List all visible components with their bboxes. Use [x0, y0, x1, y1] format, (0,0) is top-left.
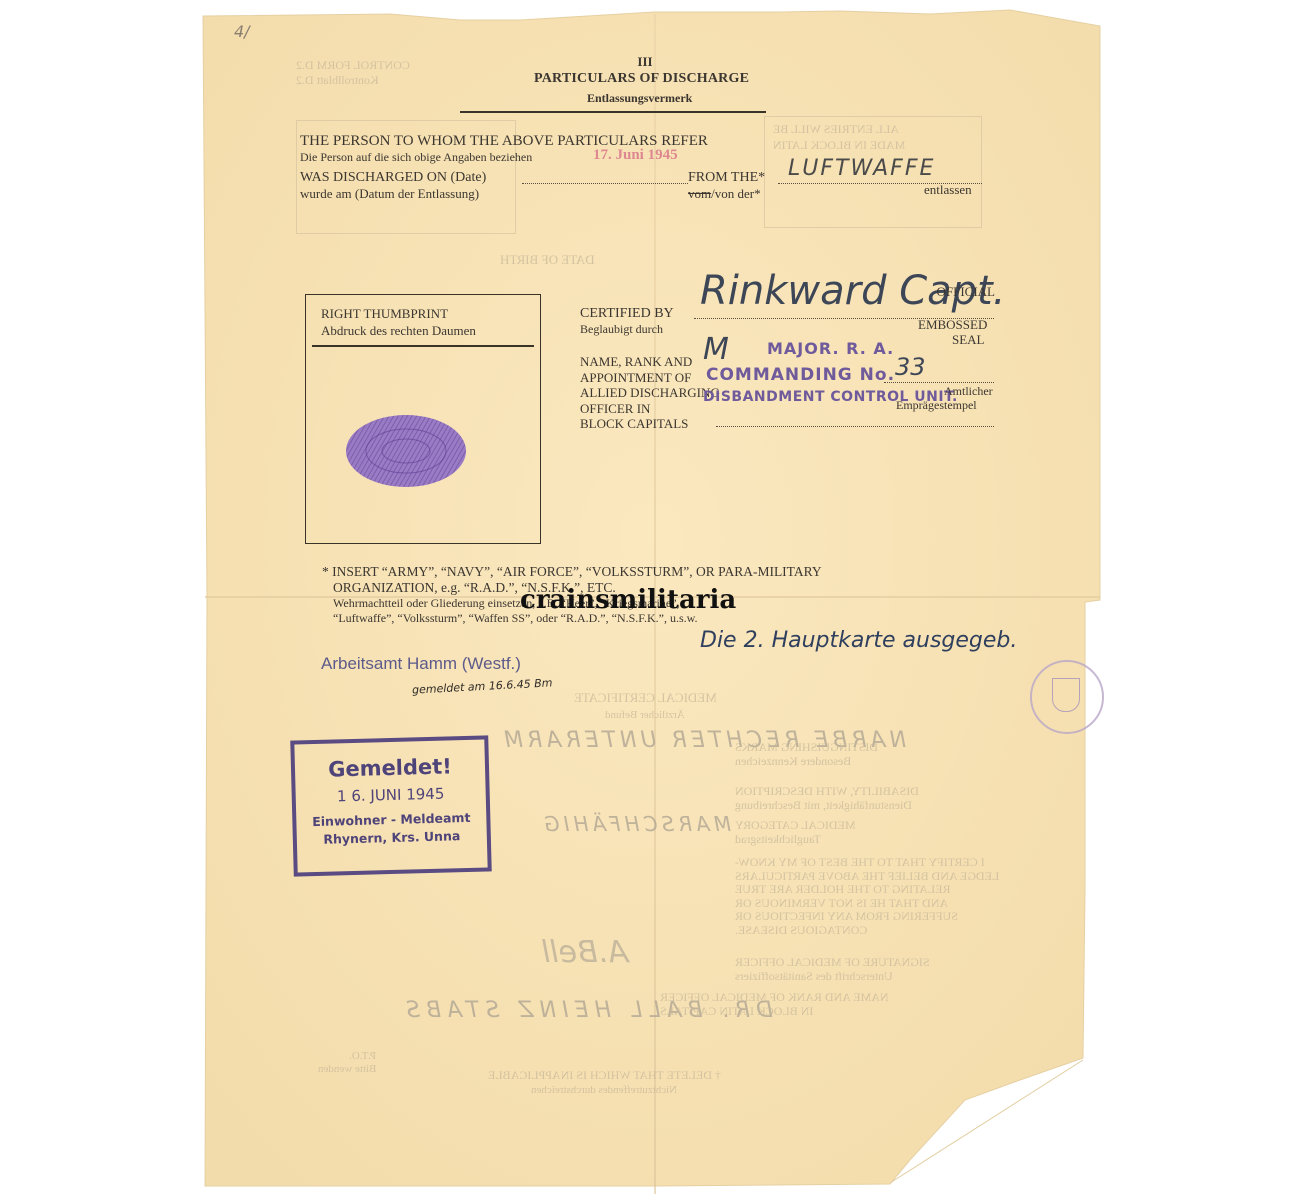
official-seal-1: OFFICIAL	[923, 284, 995, 300]
ghost-text: MEDICAL CERTIFICATE	[574, 690, 717, 706]
ghost-text: MARSCHFÄHIG	[540, 812, 731, 836]
official-seal-2: EMBOSSED	[918, 317, 987, 333]
ghost-text: Tauglichkeitsgrad	[735, 832, 821, 846]
section-number-text: III	[637, 54, 652, 69]
gemeldet-date: 1 6. JUNI 1945	[296, 784, 486, 807]
ghost-text: SUFFERING FROM ANY INFECTIOUS OR	[735, 910, 958, 924]
page-subtitle: Entlassungsvermerk	[587, 91, 692, 106]
ghost-text: MADE IN BLOCK LATIN	[773, 137, 905, 153]
official-seal-de-2: Emprägestempel	[896, 398, 977, 413]
ghost-text: ALL ENTRIES WILL BE	[773, 121, 899, 137]
official-seal-de-1: Amtlicher	[944, 384, 993, 399]
ghost-text: AND THAT HE IS NOT VERMINOUS OR	[735, 897, 948, 911]
officer-label: NAME, RANK AND APPOINTMENT OF ALLIED DIS…	[580, 354, 720, 432]
handwritten-note: Die 2. Hauptkarte ausgegeb.	[700, 628, 1017, 653]
ghost-text: Besondere Kennzeichen	[735, 754, 851, 768]
gemeldet-line-2: Rhynern, Krs. Unna	[297, 828, 487, 848]
ghost-category-value: MARSCHFÄHIG	[540, 812, 731, 836]
ghost-text: SIGNATURE OF MEDICAL OFFICER	[735, 955, 930, 969]
from-the-label: FROM THE*	[688, 170, 765, 186]
ghost-text: RELATING TO THE HOLDER ARE TRUE	[735, 883, 950, 897]
ghost-text: † DELETE THAT WHICH IS INAPPLICABLE	[488, 1068, 721, 1082]
ghost-text: Unterschrift des Sanitätsoffiziers	[735, 969, 893, 983]
round-seal	[1030, 660, 1104, 734]
official-seal-3: SEAL	[952, 332, 985, 348]
ghost-pto: P.T.O. Bitte wenden	[318, 1050, 376, 1076]
discharged-on-label: WAS DISCHARGED ON (Date)	[300, 170, 486, 186]
ghost-text: LEDGE AND BELIEF THE ABOVE PARTICULARS	[735, 870, 999, 884]
thumbprint-divider	[312, 345, 534, 347]
ghost-text: Ärztlicher Befund	[605, 709, 685, 721]
section-number: III	[0, 54, 1300, 70]
ghost-text: NAME AND RANK OF MEDICAL OFFICER	[660, 990, 889, 1004]
ghost-text: Bitte wenden	[318, 1063, 376, 1076]
corner-pencil-mark: 4/	[234, 22, 250, 41]
officer-number-field	[884, 382, 994, 383]
from-the-label-de: vom/von der*	[688, 186, 761, 202]
ghost-text: I CERTIFY THAT TO THE BEST OF MY KNOW-	[735, 856, 985, 870]
ghost-category: MEDICAL CATEGORY Tauglichkeitsgrad	[735, 818, 856, 846]
arbeitsamt-stamp: Arbeitsamt Hamm (Westf.)	[321, 654, 521, 674]
thumbprint-icon	[344, 413, 468, 489]
discharged-on-label-de: wurde am (Datum der Entlassung)	[300, 186, 479, 202]
officer-label-line: NAME, RANK AND	[580, 354, 720, 370]
discharge-date-field	[522, 183, 688, 184]
struck-vom: vom	[688, 186, 711, 201]
ghost-text: DATE OF BIRTH	[500, 252, 595, 268]
page-title: PARTICULARS OF DISCHARGE	[534, 71, 749, 87]
officer-stamp-line-1: MAJOR. R. A.	[767, 339, 894, 358]
ghost-delete-note: † DELETE THAT WHICH IS INAPPLICABLE Nich…	[488, 1068, 721, 1097]
von-der: /von der*	[711, 186, 760, 201]
ghost-text: Dienstunfähigkeit, mit Beschreibung	[735, 798, 912, 812]
gemeldet-title: Gemeldet!	[295, 754, 486, 783]
thumbprint-title: RIGHT THUMBPRINT	[321, 306, 448, 322]
gemeldet-stamp: Gemeldet! 1 6. JUNI 1945 Einwohner - Mel…	[290, 735, 491, 876]
footnote-en-1: * INSERT “ARMY”, “NAVY”, “AIR FORCE”, “V…	[322, 564, 822, 580]
thumbprint-title-de: Abdruck des rechten Daumen	[321, 323, 476, 339]
ghost-certify: I CERTIFY THAT TO THE BEST OF MY KNOW- L…	[735, 856, 999, 937]
ghost-medical-signature: A.Bell	[542, 935, 628, 970]
ghost-text: CONTAGIOUS DISEASE.	[735, 924, 867, 938]
ghost-text: A.Bell	[542, 935, 628, 970]
ghost-text: MEDICAL CATEGORY	[735, 818, 856, 832]
entlassen-label: entlassen	[924, 182, 972, 198]
ghost-medical-title: MEDICAL CERTIFICATE Ärztlicher Befund	[555, 690, 735, 722]
title-underline	[460, 111, 766, 113]
officer-label-line: OFFICER IN	[580, 401, 720, 417]
ghost-name-rank: NAME AND RANK OF MEDICAL OFFICER IN BLOC…	[660, 990, 889, 1018]
ghost-text: Kontrollblatt D.2	[296, 73, 379, 88]
ghost-text: P.T.O.	[349, 1050, 376, 1063]
ghost-text: Nichtzutreffendes durchstreichen	[531, 1083, 677, 1097]
person-line-de: Die Person auf die sich obige Angaben be…	[300, 150, 532, 165]
from-the-value: LUFTWAFFE	[788, 156, 935, 181]
seal-shield-icon	[1052, 678, 1080, 712]
certified-by-label: CERTIFIED BY	[580, 306, 674, 322]
ghost-date-of-birth: DATE OF BIRTH	[500, 252, 595, 268]
thumbprint-box: RIGHT THUMBPRINT Abdruck des rechten Dau…	[305, 294, 541, 544]
ghost-disability: DISABILITY, WITH DESCRIPTION Dienstunfäh…	[735, 784, 919, 812]
officer-stamp-number: 33	[895, 353, 926, 381]
ghost-text: DISTINGUISHING MARKS	[735, 740, 878, 754]
gemeldet-line-1: Einwohner - Meldeamt	[296, 810, 486, 830]
ghost-distinguishing-marks: DISTINGUISHING MARKS Besondere Kennzeich…	[735, 740, 878, 768]
certified-by-label-de: Beglaubigt durch	[580, 322, 663, 337]
officer-stamp-line-2: COMMANDING No.	[706, 365, 895, 385]
officer-label-line: APPOINTMENT OF	[580, 370, 720, 386]
officer-field	[716, 426, 994, 427]
officer-label-line: ALLIED DISCHARGING	[580, 385, 720, 401]
ghost-text: DISABILITY, WITH DESCRIPTION	[735, 784, 919, 798]
discharge-date-stamp: 17. Juni 1945	[593, 147, 678, 164]
ghost-signature-label: SIGNATURE OF MEDICAL OFFICER Unterschrif…	[735, 955, 930, 983]
officer-label-line: BLOCK CAPITALS	[580, 416, 720, 432]
ghost-text: IN BLOCK LATIN CAPITALS	[660, 1004, 813, 1018]
officer-initial: M	[703, 332, 729, 367]
watermark: crainsmilitaria	[520, 585, 736, 615]
